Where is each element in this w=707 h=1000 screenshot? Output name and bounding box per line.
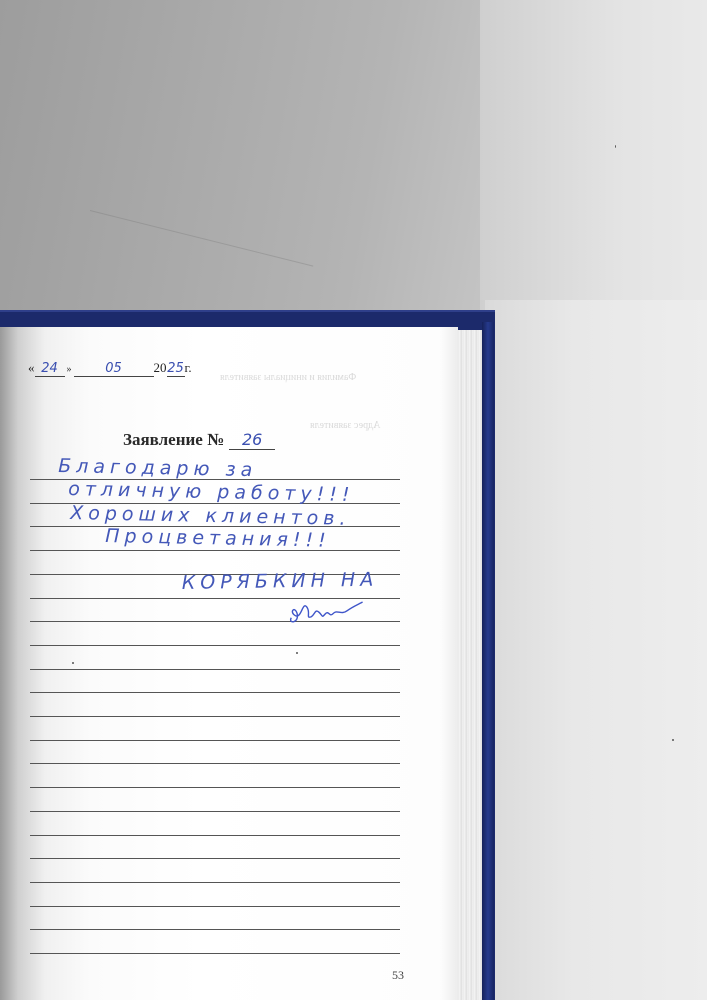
notebook-cover-edge	[482, 322, 494, 1000]
date-year-prefix: 20	[154, 360, 167, 376]
scan-speck	[615, 145, 616, 148]
ruled-line	[30, 882, 400, 883]
application-number: 26	[229, 430, 275, 450]
scanner-background-right	[485, 300, 707, 1000]
ruled-line	[30, 929, 400, 930]
author-name: КОРЯБКИН НА	[182, 569, 379, 594]
date-month: 05	[74, 361, 154, 377]
ruled-line	[30, 763, 400, 764]
ruled-line	[30, 716, 400, 717]
ruled-line	[30, 787, 400, 788]
scanner-background	[480, 0, 707, 310]
scan-speck	[72, 662, 74, 664]
date-line: « 24 » 05 20 25 г.	[28, 360, 192, 377]
bleed-through-text: Фамилия и инициалы заявителя	[220, 372, 356, 383]
signature-icon	[284, 594, 365, 628]
date-close-quote: »	[67, 364, 72, 375]
handwritten-line-1: Благодарю за	[58, 455, 257, 481]
ruled-line	[30, 669, 400, 670]
scanner-crease	[90, 210, 313, 267]
page-stack-edges	[458, 330, 482, 1000]
scan-speck	[296, 652, 298, 654]
scan-speck	[672, 739, 674, 741]
ruled-line	[30, 858, 400, 859]
date-year-suffix: 25	[167, 361, 185, 377]
ruled-line	[30, 953, 400, 954]
ruled-line	[30, 550, 400, 551]
page-number: 53	[392, 968, 404, 983]
bleed-through-text: Адрес заявителя	[310, 420, 380, 431]
ruled-line	[30, 740, 400, 741]
date-year-unit: г.	[185, 360, 192, 376]
ruled-line	[30, 811, 400, 812]
ruled-line	[30, 692, 400, 693]
date-day: 24	[35, 361, 65, 377]
handwritten-line-4: Процветания!!!	[105, 525, 331, 552]
ruled-line	[30, 906, 400, 907]
ruled-line	[30, 645, 400, 646]
title-label: Заявление №	[123, 430, 224, 450]
ruled-line	[30, 835, 400, 836]
page-title: Заявление № 26	[123, 430, 275, 450]
notebook-page	[0, 327, 458, 1000]
